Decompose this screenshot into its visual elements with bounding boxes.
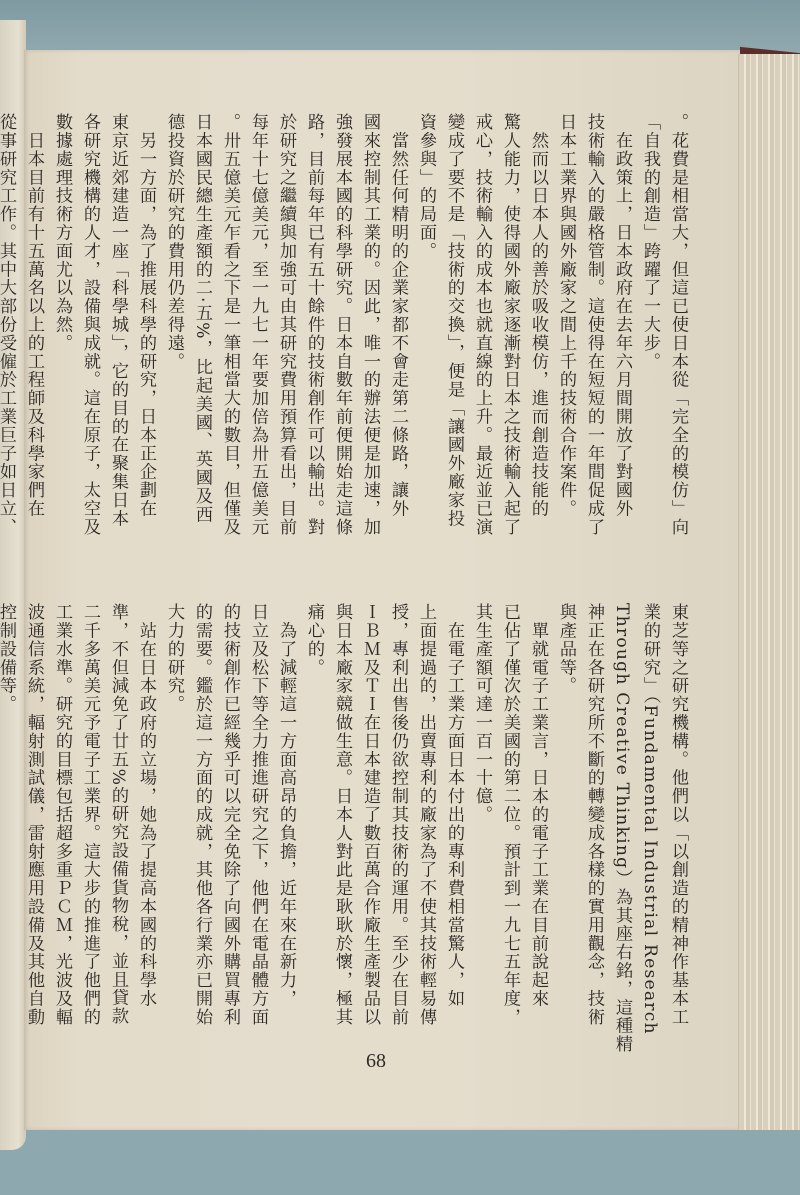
text-column: 驚人能力，使得國外廠家逐漸對日本之技術輸入起了 <box>496 113 524 593</box>
text-column: 然而以日本人的善於吸收模仿，進而創造技能的 <box>524 113 552 593</box>
text-column: 二千多萬美元予電子工業界。這大步的推進了他們的 <box>76 603 104 1033</box>
text-column: 的需要。鑑於這一方面的成就，其他各行業亦已開始 <box>188 603 216 1033</box>
text-column: 在電子工業方面日本付出的專利費相當驚人，如 <box>440 603 468 1033</box>
text-column: 另一方面，為了推展科學的研究，日本正企劃在 <box>132 113 160 593</box>
text-column: 於研究之繼續與加強可由其研究費用預算看出，目前 <box>272 113 300 593</box>
text-column: 「自我的創造」跨躍了一大步。 <box>636 113 664 593</box>
text-column: 授，專利出售後仍欲控制其技術的運用。至少在目前 <box>384 603 412 1033</box>
text-column: 控制設備等。 <box>0 603 20 1033</box>
text-column: 日本國民總生產額的二‧五%，比起美國、英國及西 <box>188 113 216 593</box>
text-column: 戒心，技術輸入的成本也就直線的上升。最近並已演 <box>468 113 496 593</box>
text-column: 日立及松下等全力推進研究之下，他們在電晶體方面 <box>244 603 272 1033</box>
text-column: 強發展本國的科學研究。日本自數年前便開始走這條 <box>328 113 356 593</box>
text-column: 東京近郊建造一座「科學城」，它的目的在聚集日本 <box>104 113 132 593</box>
text-column: 的技術創作已經幾乎可以完全免除了向國外購買專利 <box>216 603 244 1033</box>
text-column: 站在日本政府的立場，她為了提高本國的科學水 <box>132 603 160 1033</box>
text-column: 變成了要不是「技術的交換」，便是「讓國外廠家投 <box>440 113 468 593</box>
text-column: 與日本廠家競做生意。日本人對此是耿耿於懷，極其 <box>328 603 356 1033</box>
text-column: 每年十七億美元，至一九七一年要加倍為卅五億美元 <box>244 113 272 593</box>
text-column: 資參與」的局面。 <box>412 113 440 593</box>
text-column: 在政策上，日本政府在去年六月間開放了對國外 <box>608 113 636 593</box>
bottom-text-section: 東芝等之研究機構。他們以「以創造的精神作基本工 業的研究」（Fundamenta… <box>52 603 692 1033</box>
text-column: 痛心的。 <box>300 603 328 1033</box>
text-column: 其生產額可達一百一十億。 <box>468 603 496 1033</box>
text-column: 國來控制其工業的。因此，唯一的辦法便是加速，加 <box>356 113 384 593</box>
top-text-section: 。花費是相當大，但這已使日本從「完全的模仿」向 「自我的創造」跨躍了一大步。 在… <box>52 113 692 593</box>
text-column: 神正在各研究所不斷的轉變成各樣的實用觀念，技術 <box>580 603 608 1033</box>
text-column: 已佔了僅次於美國的第二位。預計到一九七五年度， <box>496 603 524 1033</box>
text-column: 業的研究」（Fundamental Industrial Research <box>636 603 664 1033</box>
text-column: 大力的研究。 <box>160 603 188 1033</box>
text-column: 從事研究工作。其中大部份受僱於工業巨子如日立、 <box>0 113 20 593</box>
text-column: 與產品等。 <box>552 603 580 1033</box>
text-column: 上面提過的，出賣專利的廠家為了不使其技術輕易傳 <box>412 603 440 1033</box>
text-column: 為了減輕這一方面高昂的負擔，近年來在新力， <box>272 603 300 1033</box>
text-column: 路，目前每年已有五十餘件的技術創作可以輸出。對 <box>300 113 328 593</box>
text-column: 技術輸入的嚴格管制。這使得在短短的一年間促成了 <box>580 113 608 593</box>
scan-background-top <box>0 0 800 52</box>
text-column: ＩＢＭ及ＴＩ在日本建造了數百萬合作廠生產製品以 <box>356 603 384 1033</box>
text-column: 。花費是相當大，但這已使日本從「完全的模仿」向 <box>664 113 692 593</box>
text-column: 準，不但減免了廿五%的研究設備貨物稅，並且貸款 <box>104 603 132 1033</box>
text-column: 日本工業界與國外廠家之間上千的技術合作案件。 <box>552 113 580 593</box>
text-column: 數據處理技術方面尤以為然。 <box>48 113 76 593</box>
text-column: 。卅五億美元乍看之下是一筆相當大的數目，但僅及 <box>216 113 244 593</box>
text-column: 各研究機構的人才，設備與成就。這在原子，太空及 <box>76 113 104 593</box>
text-column: 當然任何精明的企業家都不會走第二條路，讓外 <box>384 113 412 593</box>
text-column: 工業水準。研究的目標包括超多重ＰＣＭ，光波及輻 <box>48 603 76 1033</box>
page-stack-edges <box>738 54 800 1130</box>
text-column: Through Creative Thinking）為其座右銘，這種精 <box>608 603 636 1033</box>
page-number: 68 <box>366 1050 386 1073</box>
text-column: 日本目前有十五萬名以上的工程師及科學家們在 <box>20 113 48 593</box>
text-column: 單就電子工業言，日本的電子工業在目前說起來 <box>524 603 552 1033</box>
text-column: 德投資於研究的費用仍差得遠。 <box>160 113 188 593</box>
text-column: 波通信系統，輻射測試儀，雷射應用設備及其他自動 <box>20 603 48 1033</box>
scan-background-bottom <box>0 1130 800 1195</box>
text-column: 東芝等之研究機構。他們以「以創造的精神作基本工 <box>664 603 692 1033</box>
